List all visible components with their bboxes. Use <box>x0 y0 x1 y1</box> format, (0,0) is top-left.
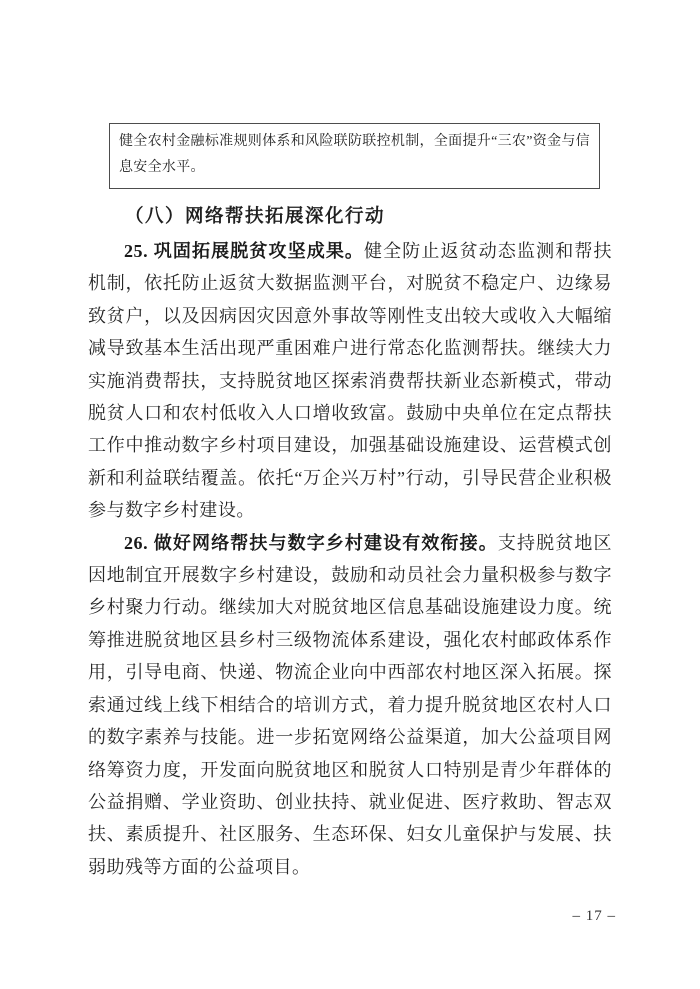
note-box: 健全农村金融标准规则体系和风险联防联控机制，全面提升“三农”资金与信息安全水平。 <box>109 123 600 189</box>
section-heading: （八）网络帮扶拓展深化行动 <box>88 202 612 233</box>
document-page: 健全农村金融标准规则体系和风险联防联控机制，全面提升“三农”资金与信息安全水平。… <box>0 0 700 989</box>
paragraph-25-number-title: 25. 巩固拓展脱贫攻坚成果。 <box>124 241 364 261</box>
page-number: – 17 – <box>573 904 617 928</box>
paragraph-26-number-title: 26. 做好网络帮扶与数字乡村建设有效衔接。 <box>124 533 498 553</box>
paragraph-26-body: 支持脱贫地区因地制宜开展数字乡村建设，鼓励和动员社会力量积极参与数字乡村聚力行动… <box>88 533 612 877</box>
note-box-text: 健全农村金融标准规则体系和风险联防联控机制，全面提升“三农”资金与信息安全水平。 <box>119 134 590 175</box>
paragraph-26: 26. 做好网络帮扶与数字乡村建设有效衔接。支持脱贫地区因地制宜开展数字乡村建设… <box>88 527 612 883</box>
paragraph-25: 25. 巩固拓展脱贫攻坚成果。健全防止返贫动态监测和帮扶机制，依托防止返贫大数据… <box>88 235 612 527</box>
paragraph-25-body: 健全防止返贫动态监测和帮扶机制，依托防止返贫大数据监测平台，对脱贫不稳定户、边缘… <box>88 241 612 520</box>
